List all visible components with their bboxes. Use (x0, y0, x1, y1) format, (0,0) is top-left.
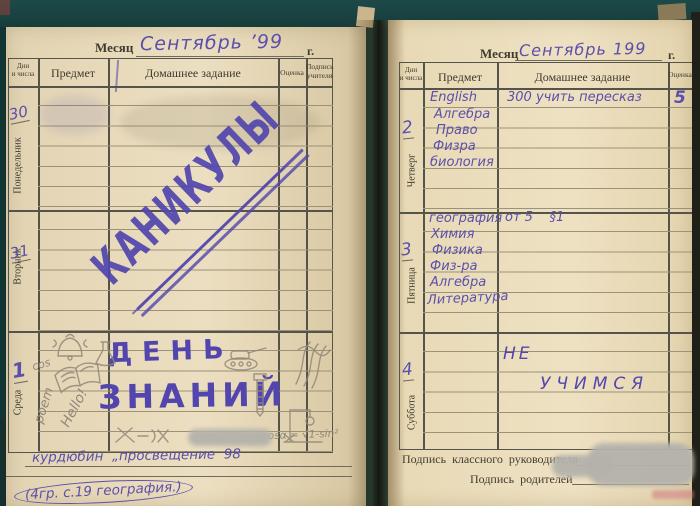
no-school-note-line1: НЕ (503, 344, 533, 364)
homework-entry: 300 учить пересказ (507, 90, 642, 105)
flask-doodle-icon (92, 338, 120, 368)
col-grade-header: Оценка (278, 68, 306, 77)
censored-blur (552, 455, 612, 477)
watermark (652, 490, 694, 499)
day-name-thursday: Четверг (407, 144, 418, 198)
diary-photo: Месяц Сентябрь ’99 г. Дни и числа Предме… (0, 0, 700, 506)
subject-entry: биология (430, 155, 494, 170)
date-friday: 3 (400, 239, 413, 261)
month-underline (136, 56, 304, 57)
subject-entry: Химия (431, 227, 474, 242)
col-homework-header: Домашнее задание (108, 66, 278, 81)
month-value-handwritten: Сентябрь ’99 (140, 31, 283, 55)
tank-doodle-icon (216, 342, 270, 372)
year-suffix: г. (307, 44, 314, 59)
scribble-doodle (292, 334, 336, 390)
day-name-friday: Пятница (407, 258, 418, 314)
cover-red-sliver (0, 0, 10, 15)
day-name-monday: Понедельник (13, 128, 24, 204)
col-grade-header: Оценка (668, 70, 692, 79)
subject-entry: Алгебра (434, 107, 490, 122)
date-tuesday: 31 (8, 241, 31, 264)
month-underline (515, 60, 662, 61)
subject-entry: Физ-ра (430, 259, 477, 274)
censored-blur (188, 429, 272, 446)
cover-right-edge (691, 12, 700, 506)
erased-ink-smudge (40, 95, 110, 135)
homework-entry: от 5 §1 (505, 210, 564, 225)
subject-entry: Алгебра (430, 275, 486, 290)
math-scribble-doodle (112, 422, 176, 448)
year-suffix: г. (668, 48, 675, 63)
no-school-note-line2: УЧИМСЯ (540, 374, 649, 394)
spine-shadow (348, 20, 404, 506)
date-monday: 30 (7, 102, 30, 125)
subject-entry: Физика (432, 243, 483, 258)
grade-value: 5 (674, 88, 686, 108)
subject-entry: Физра (433, 139, 476, 154)
col-days-header: Дни и числа (9, 62, 37, 78)
month-label: Месяц (95, 40, 133, 56)
date-thursday: 2 (401, 117, 414, 139)
month-label: Месяц (480, 46, 518, 62)
subject-entry: English (430, 90, 477, 105)
day-name-wednesday: Среда (13, 381, 24, 425)
col-teacher-header: Подпись учителя (306, 63, 333, 80)
col-subject-header: Предмет (38, 66, 108, 81)
col-homework-header: Домашнее задание (497, 70, 668, 85)
day-name-saturday: Суббота (407, 387, 418, 439)
date-saturday: 4 (401, 359, 414, 381)
subject-entry: география (429, 211, 502, 226)
subject-entry: Право (436, 123, 478, 138)
col-days-header: Дни и числа (399, 66, 423, 82)
bolt-doodle-icon (250, 372, 270, 418)
month-value-handwritten: Сентябрь 199 (519, 39, 647, 60)
col-subject-header: Предмет (423, 70, 497, 85)
page-corner-notch-right (657, 3, 686, 21)
